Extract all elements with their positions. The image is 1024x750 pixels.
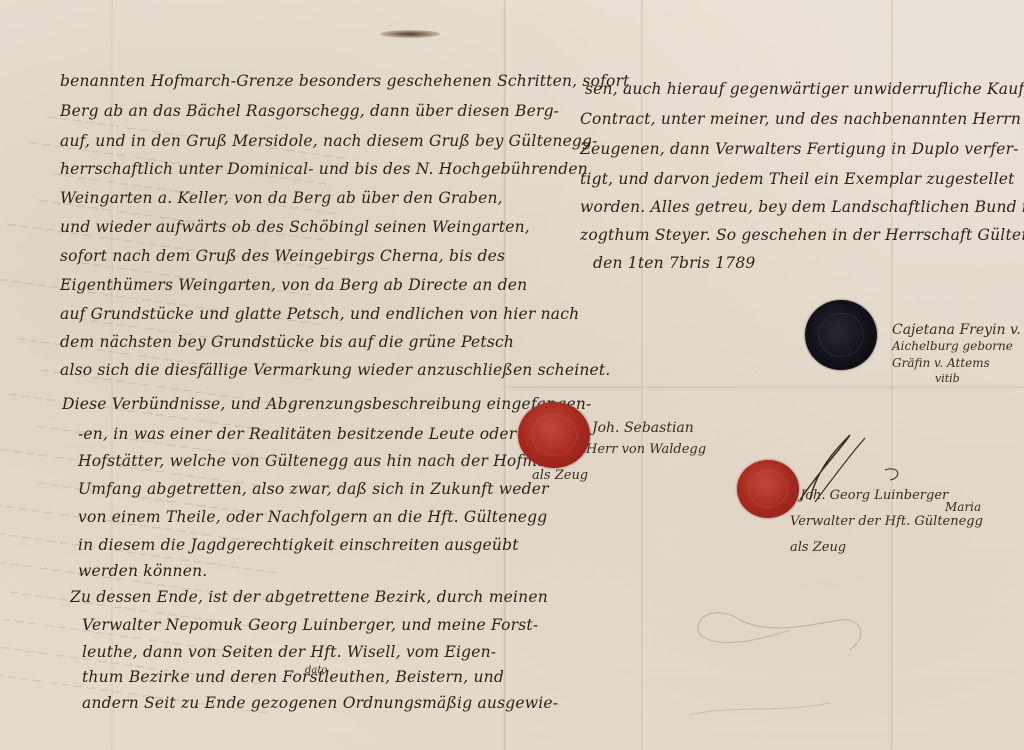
text-line: -en, in was einer der Realitäten besitze…: [78, 425, 516, 443]
text-line: Hofstätter, welche von Gültenegg aus hin…: [78, 452, 564, 470]
interlinear-insertion: dato: [305, 665, 327, 676]
text-line: Berg ab an das Bächel Rasgorschegg, dann…: [60, 102, 559, 120]
text-line: dem nächsten bey Grundstücke bis auf die…: [60, 333, 514, 351]
signature-line: als Zeug: [532, 468, 588, 483]
text-line: Weingarten a. Keller, von da Berg ab übe…: [60, 189, 503, 207]
text-line: Zeugenen, dann Verwalters Fertigung in D…: [580, 140, 1019, 158]
text-line: Eigenthümers Weingarten, von da Berg ab …: [60, 276, 527, 294]
signature-line: Cajetana Freyin v.: [892, 322, 1021, 338]
text-line: sofort nach dem Gruß des Weingebirgs Che…: [60, 247, 505, 265]
text-line: leuthe, dann von Seiten der Hft. Wisell,…: [82, 643, 496, 661]
text-line: in diesem die Jagdgerechtigkeit einschre…: [78, 536, 519, 554]
text-line: zogthum Steyer. So geschehen in der Herr…: [580, 226, 1024, 244]
text-line: tigt, und darvon jedem Theil ein Exempla…: [580, 170, 1015, 188]
signature-line: Verwalter der Hft. Gültenegg: [790, 514, 983, 529]
text-line: sen, auch hierauf gegenwärtiger unwiderr…: [585, 80, 1024, 98]
text-line: von einem Theile, oder Nachfolgern an di…: [78, 508, 547, 526]
text-line: und wieder aufwärts ob des Schöbingl sei…: [60, 218, 530, 236]
text-line: Verwalter Nepomuk Georg Luinberger, und …: [82, 616, 538, 634]
dateline: den 1ten 7bris 1789: [593, 254, 755, 272]
signature-line: Herr von Waldegg: [586, 442, 706, 457]
signature-line: Gräfin v. Attems: [892, 356, 990, 370]
text-line: werden können.: [78, 562, 207, 580]
text-line: worden. Alles getreu, bey dem Landschaft…: [580, 198, 1024, 216]
text-line: Umfang abgetretten, also zwar, daß sich …: [78, 480, 549, 498]
text-line: Zu dessen Ende, ist der abgetrettene Bez…: [70, 588, 548, 606]
red-wax-seal-left: [518, 402, 590, 468]
black-wax-seal: [805, 300, 877, 370]
text-line: auf Grundstücke und glatte Petsch, und e…: [60, 305, 579, 323]
faint-pencil-flourish: [680, 595, 900, 735]
signature-line: Joh. Sebastian: [592, 420, 694, 436]
text-line: Contract, unter meiner, und des nachbena…: [580, 110, 1021, 128]
signature-line: Aichelburg geborne: [892, 339, 1013, 353]
signature-line: als Zeug: [790, 540, 846, 555]
left-page: benannten Hofmarch-Grenze besonders gesc…: [0, 0, 505, 750]
text-line: andern Seit zu Ende gezogenen Ordnungsmä…: [82, 694, 558, 712]
signature-line: vitib: [935, 372, 960, 385]
text-line: thum Bezirke und deren Forstleuthen, Bei…: [82, 668, 504, 686]
marginal-name: Maria: [945, 500, 981, 514]
signature-line: Joh. Georg Luinberger: [800, 488, 948, 503]
